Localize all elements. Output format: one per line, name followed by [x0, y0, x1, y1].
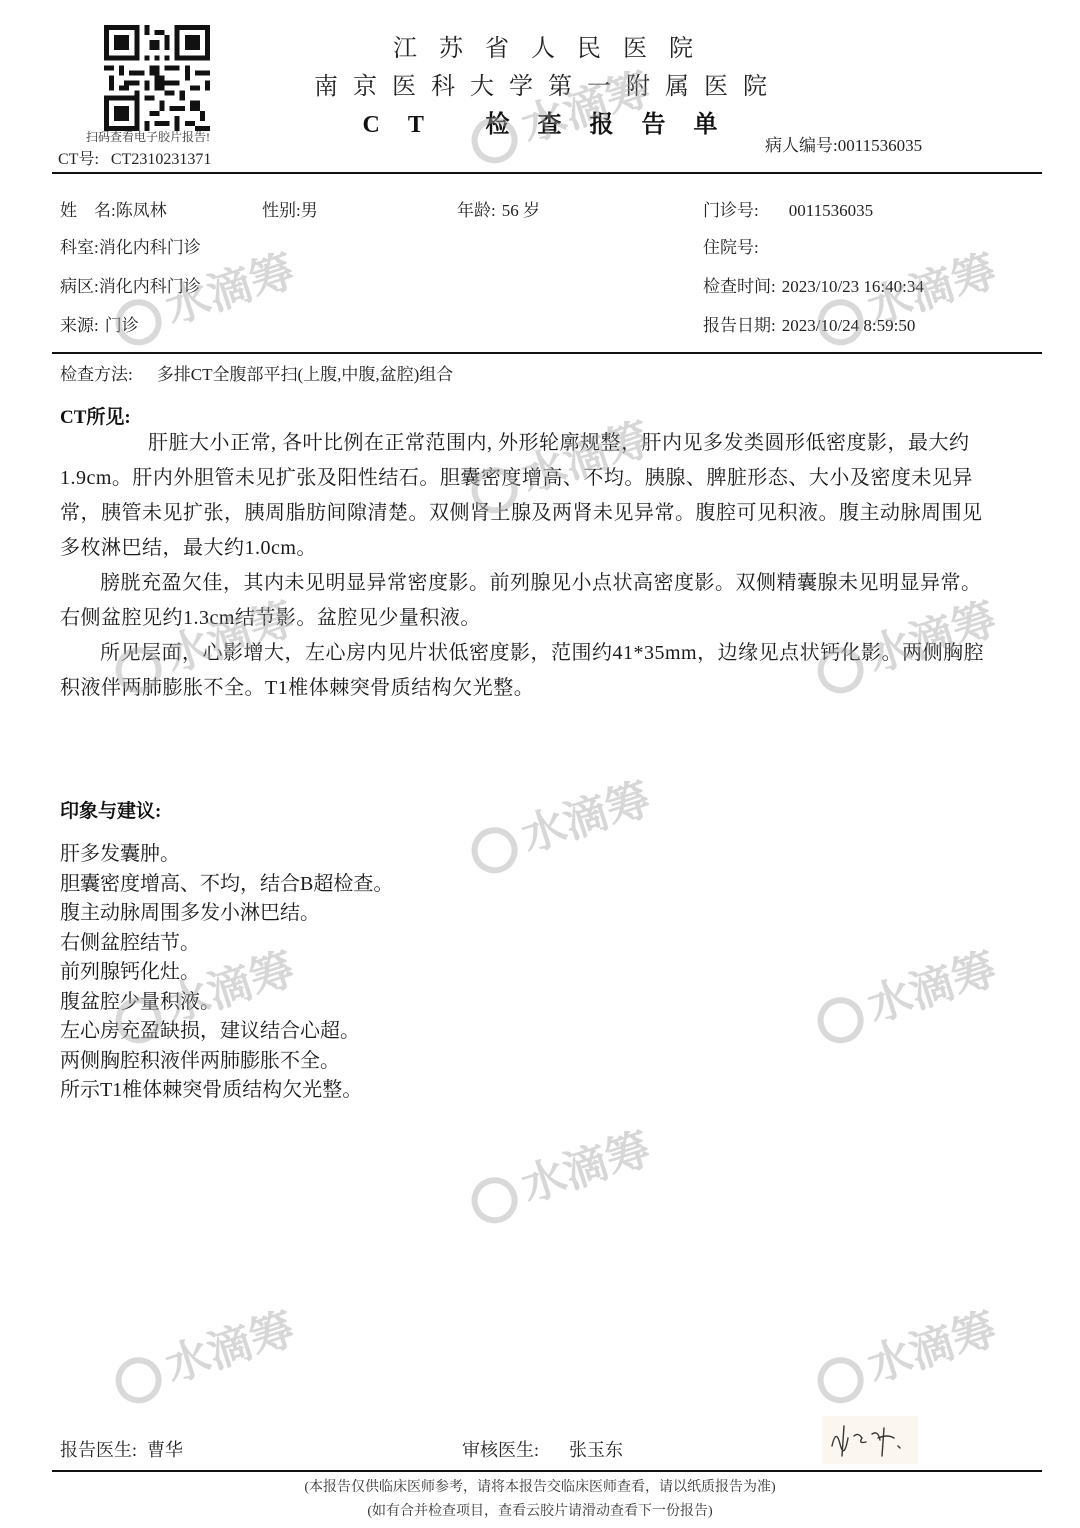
department-value: 消化内科门诊	[99, 238, 201, 257]
water-drop-icon	[466, 821, 524, 879]
footer-note-1: (本报告仅供临床医师参考，请将本报告交临床医师查看，请以纸质报告为准)	[0, 1476, 1080, 1496]
impression-item: 腹主动脉周围多发小淋巴结。	[60, 899, 393, 929]
divider-bottom	[52, 1470, 1042, 1472]
inpatient-no: 住院号:	[703, 233, 759, 258]
patient-name: 姓 名:陈凤林	[60, 196, 167, 221]
findings-title: CT所见:	[60, 402, 131, 429]
divider-top	[52, 172, 1042, 174]
findings-paragraph: 膀胱充盈欠佳，其内未见明显异常密度影。前列腺见小点状高密度影。双侧精囊腺未见明显…	[60, 566, 990, 636]
impression-item: 所示T1椎体棘突骨质结构欠光整。	[60, 1076, 393, 1106]
exam-method: 检查方法:多排CT全腹部平扫(上腹,中腹,盆腔)组合	[60, 360, 453, 385]
footer-note-2: (如有合并检查项目，查看云胶片请滑动查看下一份报告)	[0, 1500, 1080, 1520]
impression-item: 肝多发囊肿。	[60, 840, 393, 870]
hospital-name-2: 南京医科大学第一附属医院	[0, 66, 1080, 101]
watermark: 水滴筹	[807, 933, 1004, 1051]
name-value: 陈凤林	[116, 201, 167, 220]
signature-icon	[822, 1416, 918, 1464]
findings-paragraph: 所见层面，心影增大，左心房内见片状低密度影，范围约41*35mm，边缘见点状钙化…	[60, 636, 990, 706]
ct-number: CT号: CT2310231371	[58, 146, 211, 169]
water-drop-icon	[110, 1351, 168, 1409]
watermark: 水滴筹	[461, 763, 658, 881]
patient-gender: 性别:男	[262, 196, 318, 221]
outpatient-no: 门诊号:0011536035	[703, 196, 873, 221]
report-date: 报告日期:2023/10/24 8:59:50	[703, 311, 915, 336]
water-drop-icon	[812, 991, 870, 1049]
patient-id-label: 病人编号:	[765, 136, 838, 155]
patient-id-value: 0011536035	[838, 136, 922, 155]
department-label: 科室:	[60, 238, 99, 257]
department: 科室:消化内科门诊	[60, 233, 201, 258]
water-drop-icon	[466, 1171, 524, 1229]
ward-value: 消化内科门诊	[99, 277, 201, 296]
source-label: 来源:	[60, 316, 99, 335]
reporter-name: 曹华	[147, 1440, 183, 1460]
handwritten-signature	[822, 1416, 918, 1464]
patient-age: 年龄:56 岁	[457, 196, 540, 221]
water-drop-icon	[812, 1351, 870, 1409]
name-label: 姓 名:	[60, 201, 116, 220]
age-value: 56 岁	[502, 201, 540, 220]
reporter-label: 报告医生:	[60, 1440, 137, 1460]
age-label: 年龄:	[457, 201, 496, 220]
source-value: 门诊	[105, 316, 139, 335]
watermark: 水滴筹	[461, 1113, 658, 1231]
reviewer-label: 审核医生:	[462, 1440, 539, 1460]
reporter: 报告医生:曹华	[60, 1436, 183, 1462]
report-date-value: 2023/10/24 8:59:50	[782, 316, 916, 335]
inpatient-no-label: 住院号:	[703, 238, 759, 257]
impression-title: 印象与建议:	[60, 796, 161, 823]
gender-value: 男	[301, 201, 318, 220]
watermark: 水滴筹	[105, 1293, 302, 1411]
impression-item: 右侧盆腔结节。	[60, 929, 393, 959]
impression-item: 胆囊密度增高、不均，结合B超检查。	[60, 870, 393, 900]
impression-list: 肝多发囊肿。 胆囊密度增高、不均，结合B超检查。 腹主动脉周围多发小淋巴结。 右…	[60, 840, 393, 1106]
exam-method-label: 检查方法:	[60, 365, 133, 384]
source: 来源:门诊	[60, 311, 139, 336]
findings-body: 肝脏大小正常, 各叶比例在正常范围内, 外形轮廓规整，肝内见多发类圆形低密度影，…	[60, 426, 990, 706]
impression-item: 腹盆腔少量积液。	[60, 988, 393, 1018]
reviewer-name: 张玉东	[569, 1440, 623, 1460]
outpatient-no-value: 0011536035	[789, 201, 873, 220]
watermark: 水滴筹	[807, 1293, 1004, 1411]
reviewer: 审核医生:张玉东	[462, 1436, 623, 1462]
divider-middle	[52, 352, 1042, 354]
ward-label: 病区:	[60, 277, 99, 296]
exam-time-value: 2023/10/23 16:40:34	[782, 277, 924, 296]
findings-paragraph: 肝脏大小正常, 各叶比例在正常范围内, 外形轮廓规整，肝内见多发类圆形低密度影，…	[60, 426, 990, 566]
outpatient-no-label: 门诊号:	[703, 201, 759, 220]
report-date-label: 报告日期:	[703, 316, 776, 335]
impression-item: 前列腺钙化灶。	[60, 958, 393, 988]
ct-number-value: CT2310231371	[111, 151, 211, 168]
exam-method-value: 多排CT全腹部平扫(上腹,中腹,盆腔)组合	[157, 365, 454, 384]
impression-item: 左心房充盈缺损，建议结合心超。	[60, 1017, 393, 1047]
ct-number-label: CT号:	[58, 151, 99, 168]
impression-item: 两侧胸腔积液伴两肺膨胀不全。	[60, 1047, 393, 1077]
exam-time-label: 检查时间:	[703, 277, 776, 296]
gender-label: 性别:	[262, 201, 301, 220]
exam-time: 检查时间:2023/10/23 16:40:34	[703, 272, 924, 297]
ward: 病区:消化内科门诊	[60, 272, 201, 297]
hospital-name-1: 江苏省人民医院	[0, 28, 1080, 63]
patient-id: 病人编号:0011536035	[765, 131, 922, 156]
